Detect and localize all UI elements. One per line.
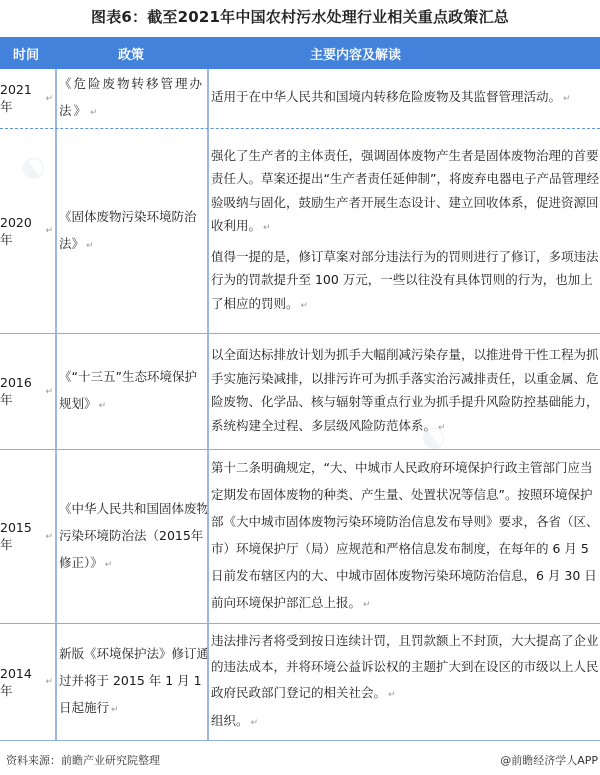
paragraph-mark-icon: ↵ — [45, 94, 53, 104]
policy-text: 《危险废物转移管理办法》 — [59, 76, 204, 118]
content-paragraph: 强化了生产者的主体责任，强调固体废物产生者是固体废物治理的首要责任人。草案还提出… — [211, 148, 599, 234]
content-cell: 强化了生产者的主体责任，强调固体废物产生者是固体废物治理的首要责任人。草案还提出… — [207, 129, 600, 333]
table-bottom-border — [0, 740, 600, 741]
table-row: 2021 年↵ 《危险废物转移管理办法》↵ 适用于在中华人民共和国境内转移危险废… — [0, 69, 600, 129]
header-policy: 政策 — [118, 44, 144, 63]
year-cell: 2021 年↵ — [0, 69, 54, 128]
year-cell: 2016 年↵ — [0, 334, 54, 449]
paragraph-mark-icon: ↵ — [363, 600, 371, 610]
policy-cell: 《“十三五”生态环境保护规划》↵ — [55, 334, 209, 449]
year-text: 2014 年 — [0, 666, 43, 699]
policy-cell: 新版《环境保护法》修订通过并将于 2015 年 1 月 1 日起施行↵ — [55, 624, 209, 740]
content-cell: 以全面达标排放计划为抓手大幅削减污染存量，以推进骨干性工程为抓手实施污染减排，以… — [207, 334, 600, 449]
paragraph-mark-icon: ↵ — [263, 223, 271, 233]
brand-credit: @前瞻经济学人APP — [500, 752, 598, 768]
paragraph-mark-icon: ↵ — [105, 560, 113, 570]
paragraph-mark-icon: ↵ — [563, 94, 571, 104]
paragraph-mark-icon: ↵ — [90, 108, 98, 118]
policy-table: 时间 政策 主要内容及解读 — [0, 37, 600, 69]
table-header: 时间 政策 主要内容及解读 — [0, 37, 600, 69]
year-cell: 2015 年↵ — [0, 450, 54, 623]
policy-text: 新版《环境保护法》修订通过并将于 2015 年 1 月 1 日起施行 — [59, 646, 209, 715]
table-row: 2015 年↵ 《中华人民共和国固体废物污染环境防治法（2015年修正）》↵ 第… — [0, 450, 600, 624]
content-cell: 适用于在中华人民共和国境内转移危险废物及其监督管理活动。↵ — [207, 69, 600, 128]
year-text: 2016 年 — [0, 375, 43, 408]
figure-title: 图表6：截至2021年中国农村污水处理行业相关重点政策汇总 — [0, 6, 600, 27]
paragraph-mark-icon: ↵ — [111, 705, 119, 715]
content-paragraph: 值得一提的是，修订草案对部分违法行为的罚则进行了修订，多项违法行为的罚款提升至 … — [211, 249, 599, 311]
paragraph-mark-icon: ↵ — [45, 677, 53, 687]
paragraph-mark-icon: ↵ — [251, 718, 259, 728]
paragraph-mark-icon: ↵ — [45, 532, 53, 542]
table-row: 2020 年↵ 《固体废物污染环境防治法》↵ 强化了生产者的主体责任，强调固体废… — [0, 129, 600, 334]
policy-text: 《“十三五”生态环境保护规划》 — [59, 369, 197, 411]
policy-cell: 《固体废物污染环境防治法》↵ — [55, 129, 209, 333]
table-row: 2014 年↵ 新版《环境保护法》修订通过并将于 2015 年 1 月 1 日起… — [0, 624, 600, 740]
policy-cell: 《危险废物转移管理办法》↵ — [55, 69, 209, 128]
paragraph-mark-icon: ↵ — [301, 301, 309, 311]
paragraph-mark-icon: ↵ — [45, 226, 53, 236]
header-content: 主要内容及解读 — [310, 44, 401, 63]
year-cell: 2020 年↵ — [0, 129, 54, 333]
paragraph-mark-icon: ↵ — [45, 387, 53, 397]
policy-cell: 《中华人民共和国固体废物污染环境防治法（2015年修正）》↵ — [55, 450, 209, 623]
policy-text: 《中华人民共和国固体废物污染环境防治法（2015年修正）》 — [59, 501, 209, 570]
year-text: 2020 年 — [0, 215, 43, 248]
year-cell: 2014 年↵ — [0, 624, 54, 740]
policy-text: 《固体废物污染环境防治法》 — [59, 209, 197, 251]
header-time: 时间 — [13, 44, 39, 63]
year-text: 2015 年 — [0, 520, 43, 553]
content-text: 适用于在中华人民共和国境内转移危险废物及其监督管理活动。 — [211, 89, 561, 104]
paragraph-mark-icon: ↵ — [438, 423, 446, 433]
paragraph-mark-icon: ↵ — [388, 690, 396, 700]
paragraph-mark-icon: ↵ — [86, 241, 94, 251]
content-cell: 第十二条明确规定，“大、中城市人民政府环境保护行政主管部门应当定期发布固体废物的… — [207, 450, 600, 623]
content-text: 第十二条明确规定，“大、中城市人民政府环境保护行政主管部门应当定期发布固体废物的… — [211, 460, 599, 610]
content-text: 以全面达标排放计划为抓手大幅削减污染存量，以推进骨干性工程为抓手实施污染减排，以… — [211, 347, 599, 433]
content-paragraph: 违法排污者将受到按日连续计罚，且罚款额上不封顶，大大提高了企业的违法成本，并将环… — [211, 633, 599, 700]
paragraph-mark-icon: ↵ — [99, 401, 107, 411]
content-cell: 违法排污者将受到按日连续计罚，且罚款额上不封顶，大大提高了企业的违法成本，并将环… — [207, 624, 600, 740]
source-note: 资料来源：前瞻产业研究院整理 — [6, 752, 160, 768]
table-row: 2016 年↵ 《“十三五”生态环境保护规划》↵ 以全面达标排放计划为抓手大幅削… — [0, 334, 600, 450]
content-paragraph: 组织。 — [211, 713, 249, 728]
year-text: 2021 年 — [0, 82, 43, 115]
